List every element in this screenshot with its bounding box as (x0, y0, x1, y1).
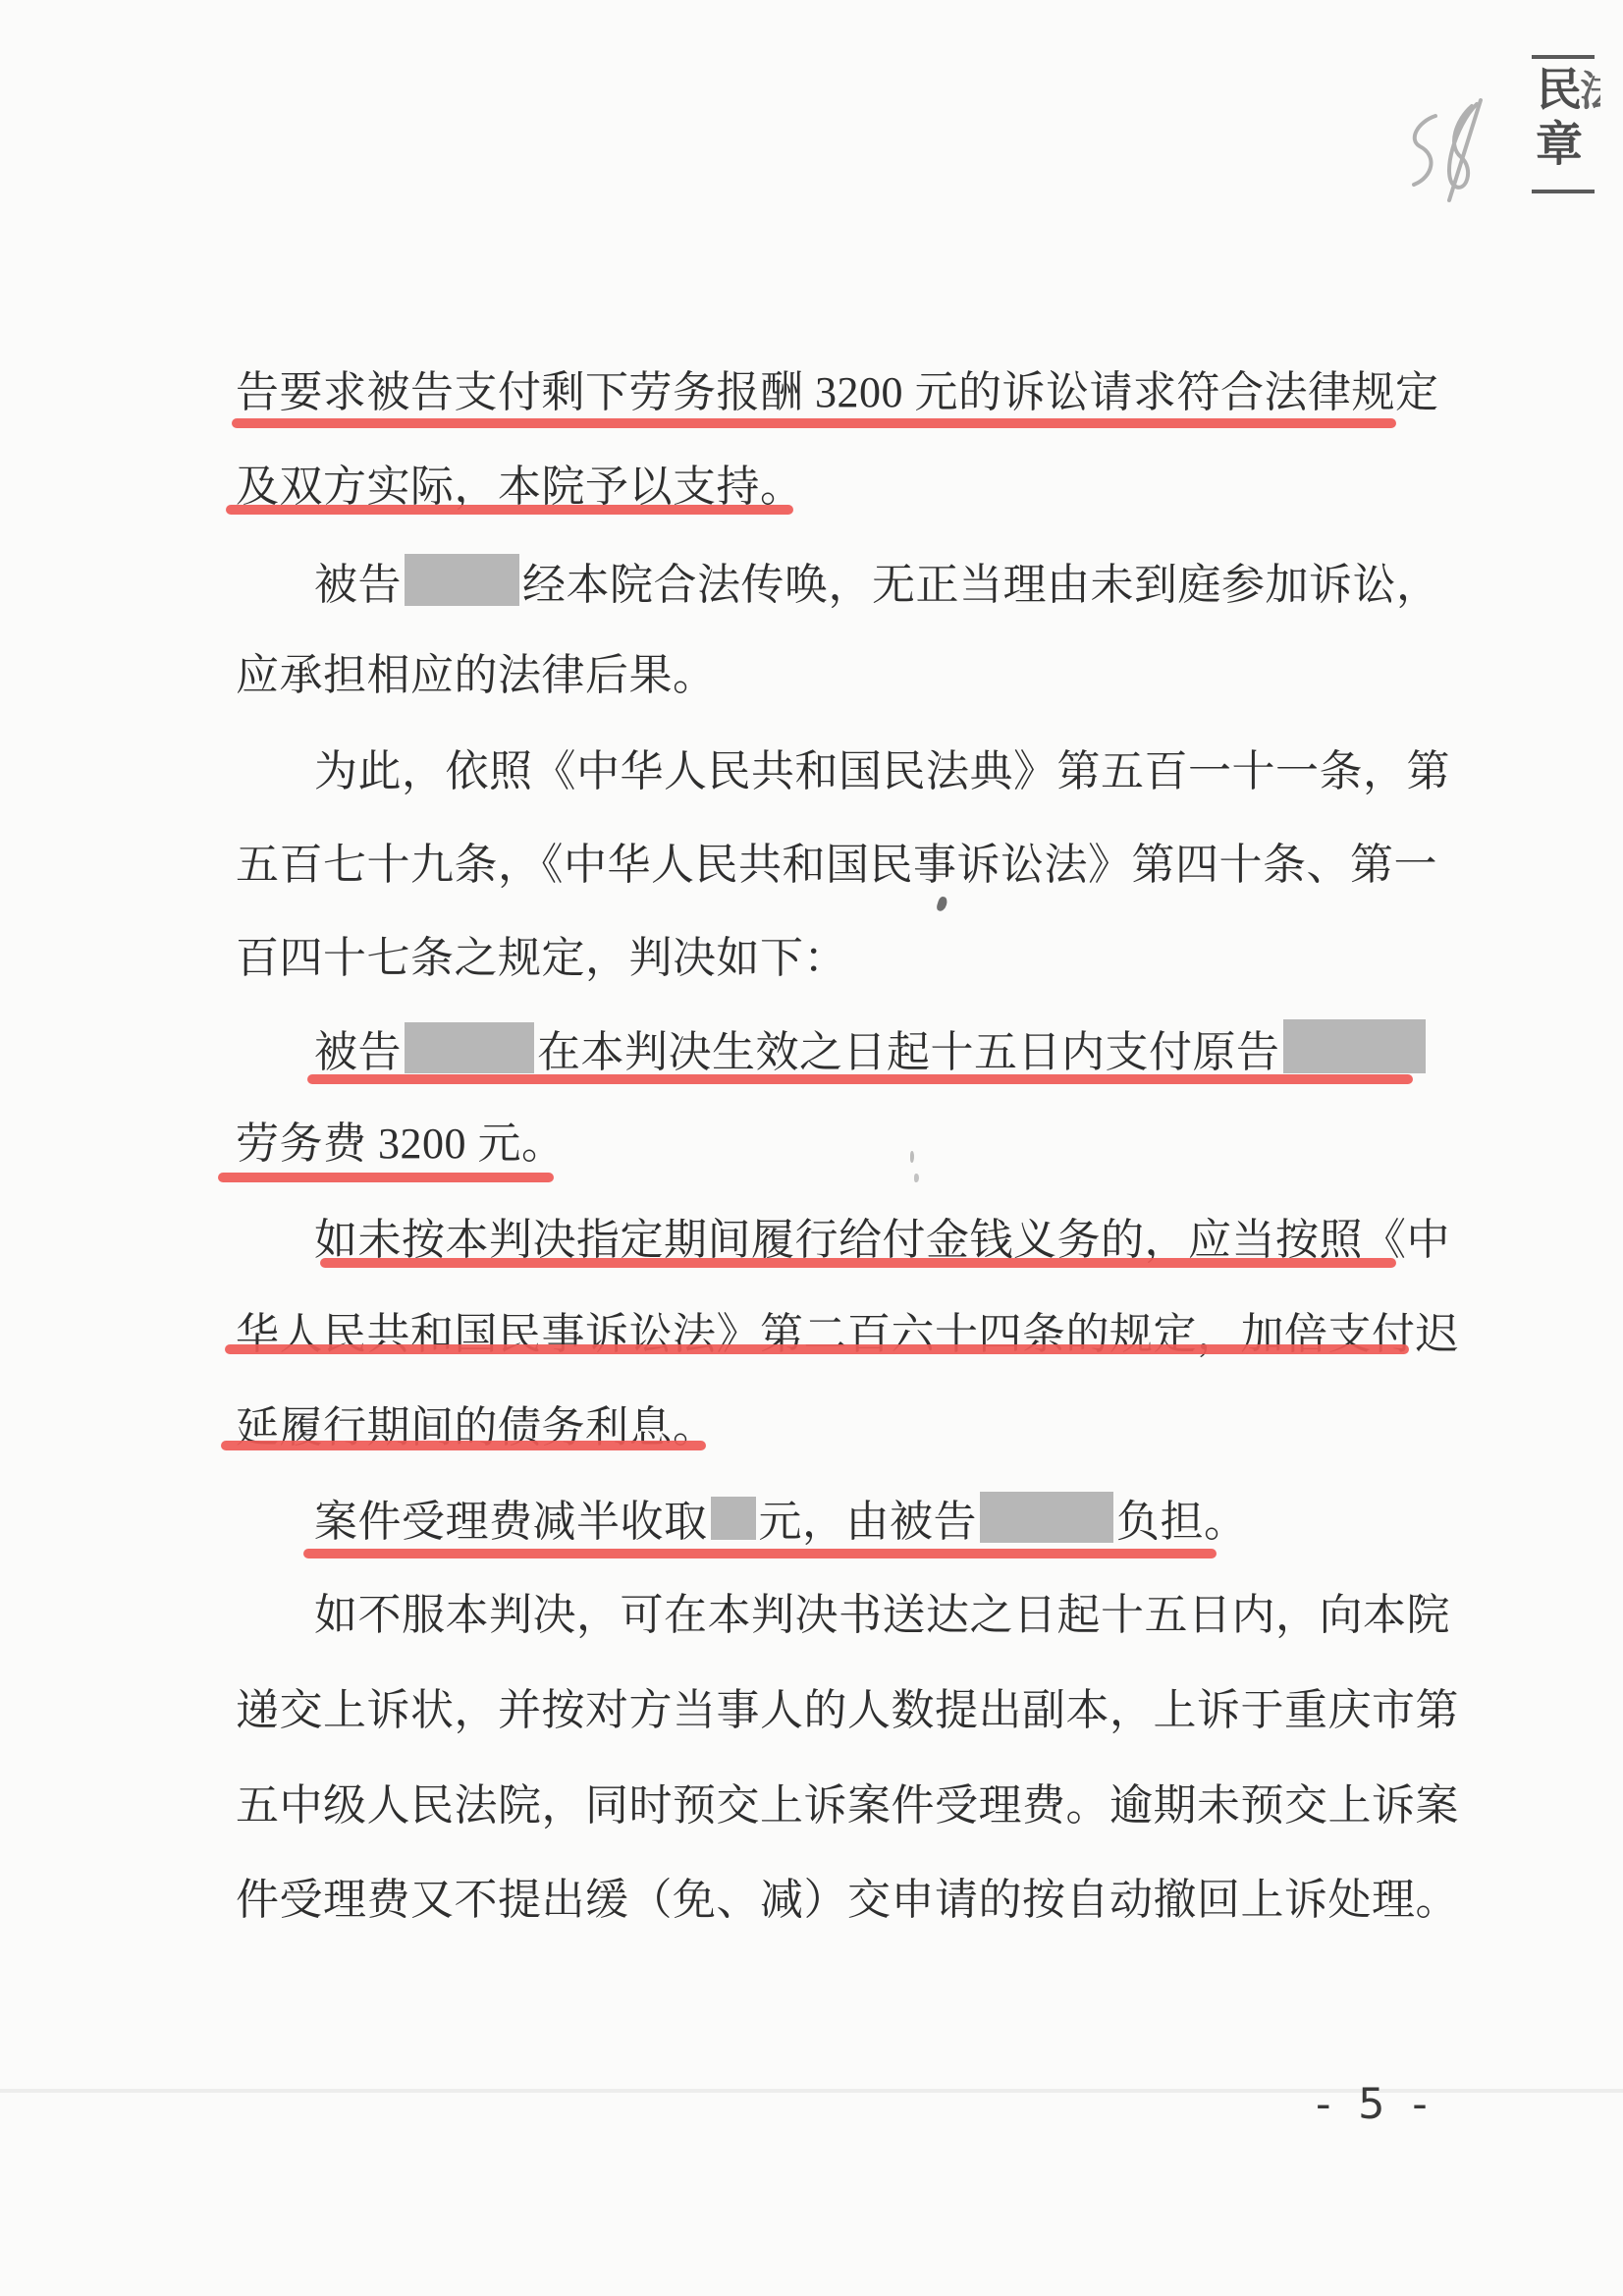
line-text: 应承担相应的法律后果。 (236, 651, 717, 699)
red-underline (221, 1441, 706, 1450)
line-text: 如未按本判决指定期间履行给付金钱义务的，应当按照《中 (314, 1216, 1450, 1264)
text-line: 劳务费 3200 元。 (236, 1117, 1443, 1172)
red-underline (226, 505, 793, 515)
text-line: 递交上诉状，并按对方当事人的人数提出副本，上诉于重庆市第 (236, 1683, 1443, 1738)
red-underline (307, 1074, 1413, 1084)
line-text: 如不服本判决，可在本判决书送达之日起十五日内，向本院 (314, 1591, 1450, 1639)
redaction-box (405, 554, 519, 606)
line-text: 递交上诉状，并按对方当事人的人数提出副本，上诉于重庆市第 (236, 1686, 1459, 1734)
text-line: 为此，依照《中华人民共和国民法典》第五百一十一条，第 (236, 744, 1522, 799)
line-text: 告要求被告支付剩下劳务报酬 3200 元的诉讼请求符合法律规定 (236, 368, 1439, 416)
line-text: 百四十七条之规定，判决如下： (236, 934, 847, 982)
page-number: - 5 - (1316, 2080, 1434, 2129)
line-text: 案件受理费减半收取 (314, 1498, 708, 1546)
stamp-char-min: 民 (1537, 68, 1582, 113)
redaction-box (711, 1497, 756, 1540)
redaction-box (980, 1492, 1113, 1543)
ink-speck (936, 896, 948, 912)
red-underline (232, 418, 1396, 428)
partial-seal-stamp: 民 法 章 (1530, 51, 1600, 198)
red-underline (225, 1344, 1409, 1354)
stamp-char-clipped: 法 (1580, 70, 1600, 115)
text-line: 件受理费又不提出缓（免、减）交申请的按自动撤回上诉处理。 (236, 1873, 1443, 1928)
redaction-box (405, 1022, 534, 1073)
text-line: 如不服本判决，可在本判决书送达之日起十五日内，向本院 (236, 1588, 1522, 1643)
text-line: 告要求被告支付剩下劳务报酬 3200 元的诉讼请求符合法律规定 (236, 365, 1443, 420)
scanned-judgment-page: 民 法 章 告要求被告支付剩下劳务报酬 3200 元的诉讼请求符合法律规定 及双… (0, 0, 1623, 2296)
line-text: 经本院合法传唤，无正当理由未到庭参加诉讼， (522, 561, 1440, 609)
line-text: 被告 (314, 1028, 402, 1076)
handwritten-number-58 (1400, 94, 1502, 213)
text-line: 五中级人民法院，同时预交上诉案件受理费。逾期未预交上诉案 (236, 1778, 1443, 1833)
text-line: 被告经本院合法传唤，无正当理由未到庭参加诉讼， (236, 554, 1522, 613)
stamp-top-rule (1532, 55, 1595, 59)
line-text: 在本判决生效之日起十五日内支付原告 (537, 1028, 1280, 1076)
red-underline (218, 1173, 554, 1182)
ink-speck (914, 1174, 919, 1182)
text-line: 被告在本判决生效之日起十五日内支付原告 (236, 1019, 1522, 1080)
stamp-char-zhang: 章 (1536, 123, 1583, 168)
line-text: 为此，依照《中华人民共和国民法典》第五百一十一条，第 (314, 747, 1450, 795)
line-text: 劳务费 3200 元。 (236, 1120, 566, 1168)
line-text: 元，由被告 (759, 1498, 978, 1546)
red-underline (320, 1258, 1396, 1268)
text-line: 百四十七条之规定，判决如下： (236, 931, 1443, 986)
text-line: 五百七十九条，《中华人民共和国民事诉讼法》第四十条、第一 (236, 838, 1443, 893)
line-text: 被告 (314, 561, 402, 609)
line-text: 负担。 (1116, 1498, 1248, 1546)
line-text: 五百七十九条，《中华人民共和国民事诉讼法》第四十条、第一 (236, 841, 1437, 889)
line-text: 件受理费又不提出缓（免、减）交申请的按自动撤回上诉处理。 (236, 1876, 1459, 1924)
line-text: 及双方实际，本院予以支持。 (236, 463, 804, 511)
text-line: 案件受理费减半收取元，由被告负担。 (236, 1492, 1522, 1550)
red-underline (303, 1549, 1217, 1558)
stamp-bottom-rule (1532, 190, 1595, 193)
text-line: 应承担相应的法律后果。 (236, 648, 1443, 703)
redaction-box (1283, 1019, 1426, 1073)
line-text: 五中级人民法院，同时预交上诉案件受理费。逾期未预交上诉案 (236, 1781, 1459, 1830)
